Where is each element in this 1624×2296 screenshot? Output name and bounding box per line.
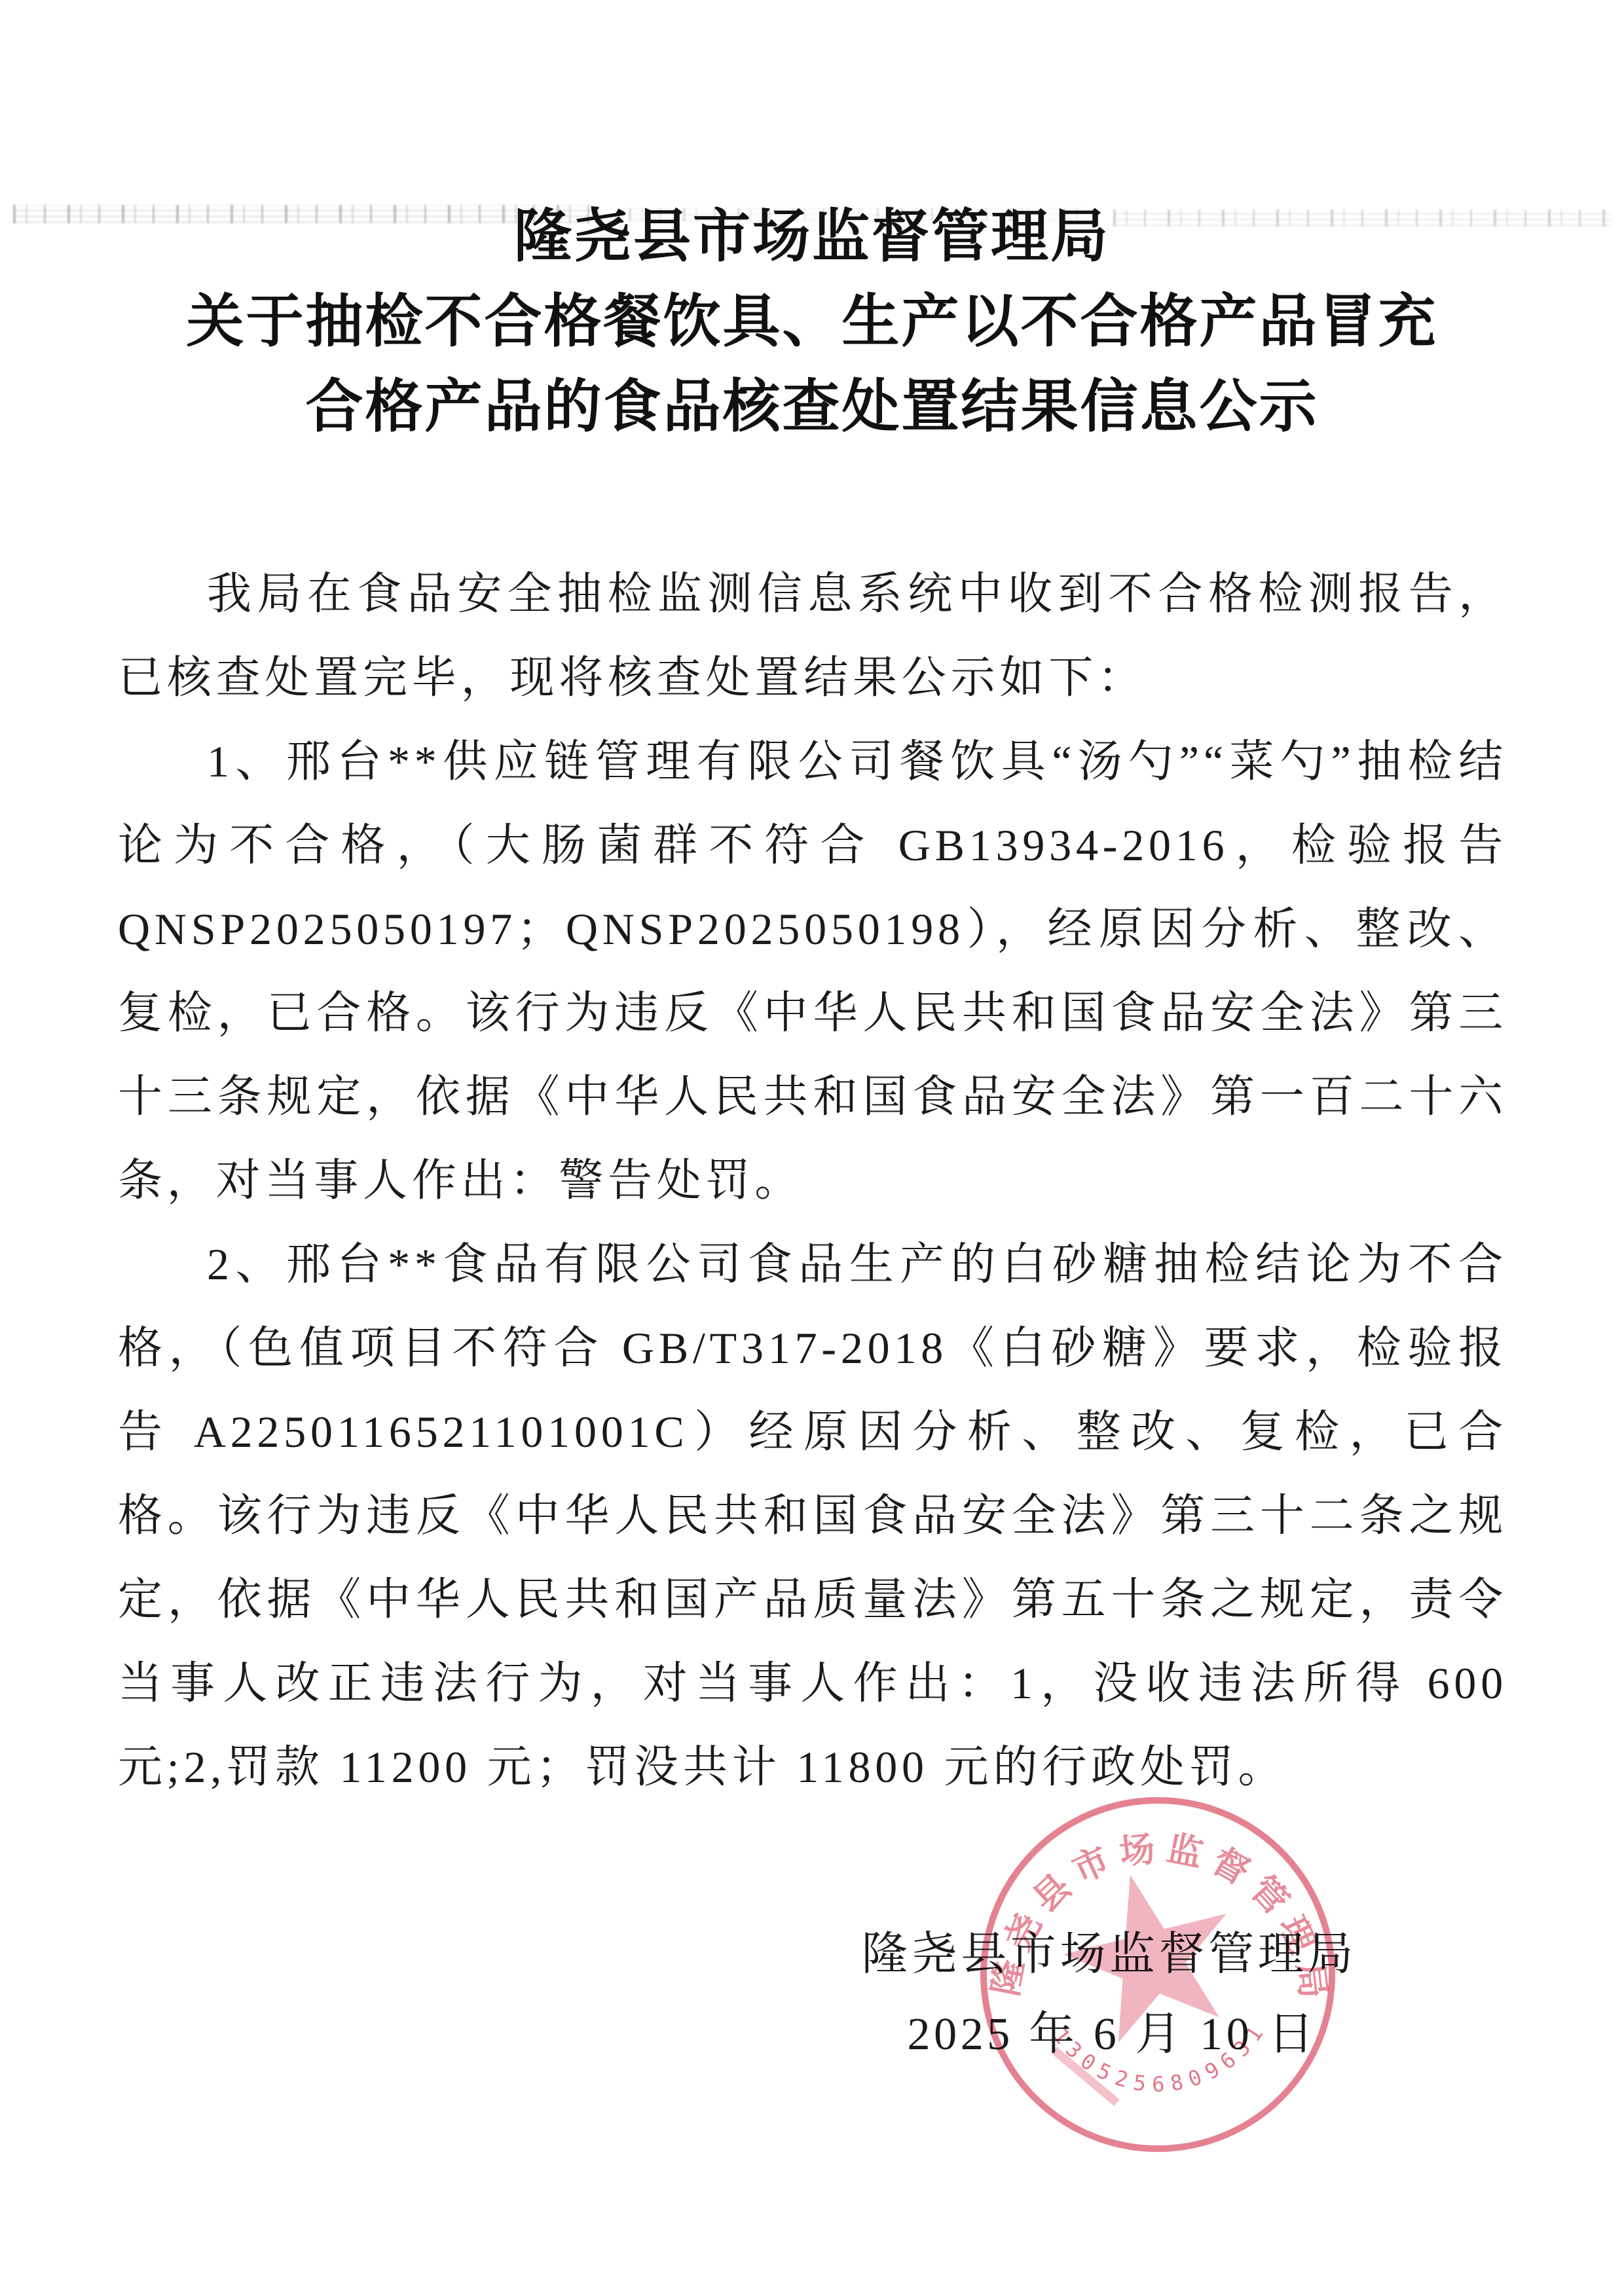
scanned-document-page: 隆尧县市场监督管理局 关于抽检不合格餐饮具、生产以不合格产品冒充 合格产品的食品… xyxy=(0,0,1624,2296)
paragraph-case-2: 2、邢台**食品有限公司食品生产的白砂糖抽检结论为不合格，（色值项目不符合 GB… xyxy=(118,1222,1507,1809)
signature-org: 隆尧县市场监督管理局 xyxy=(0,1915,1624,1995)
title-line-subject-2: 合格产品的食品核查处置结果信息公示 xyxy=(0,364,1624,449)
document-title: 隆尧县市场监督管理局 关于抽检不合格餐饮具、生产以不合格产品冒充 合格产品的食品… xyxy=(0,194,1624,449)
document-body: 我局在食品安全抽检监测信息系统中收到不合格检测报告，已核查处置完毕，现将核查处置… xyxy=(118,552,1507,1809)
signature-date: 2025 年 6 月 10 日 xyxy=(0,1995,1624,2075)
paragraph-case-1: 1、邢台**供应链管理有限公司餐饮具“汤勺”“菜勺”抽检结论为不合格，（大肠菌群… xyxy=(118,720,1507,1222)
paragraph-intro: 我局在食品安全抽检监测信息系统中收到不合格检测报告，已核查处置完毕，现将核查处置… xyxy=(118,552,1507,720)
title-line-subject-1: 关于抽检不合格餐饮具、生产以不合格产品冒充 xyxy=(0,279,1624,364)
title-line-agency: 隆尧县市场监督管理局 xyxy=(0,194,1624,279)
signature-block: 隆尧县市场监督管理局 2025 年 6 月 10 日 xyxy=(0,1915,1624,2075)
